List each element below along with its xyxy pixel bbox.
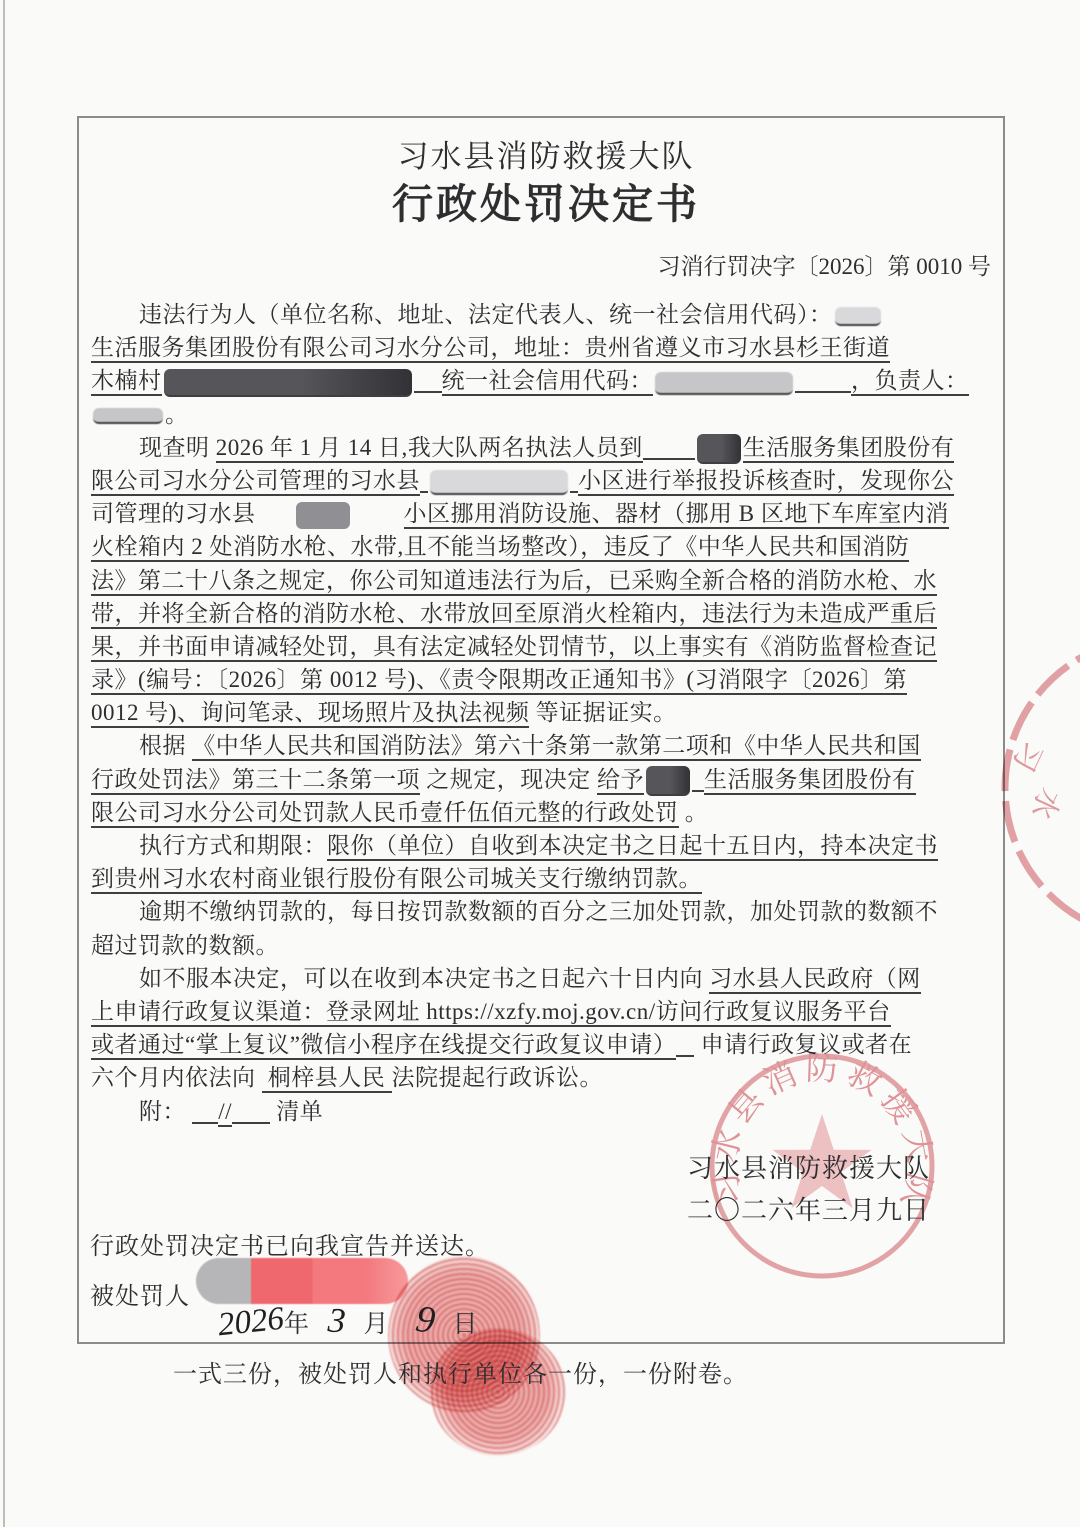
text-segment: 上申请行政复议渠道：登录网址 https://xzfy.moj.gov.cn/访… bbox=[91, 999, 891, 1027]
body-line: 根据 《中华人民共和国消防法》第六十条第一款第二项和《中华人民共和国 bbox=[91, 729, 1001, 762]
body-line: 上申请行政复议渠道：登录网址 https://xzfy.moj.gov.cn/访… bbox=[91, 995, 1001, 1028]
text-segment: 附： bbox=[139, 1099, 192, 1124]
body-line: 司管理的习水县小区挪用消防设施、器材（挪用 B 区地下车库室内消 bbox=[91, 497, 1001, 530]
body-line: 。 bbox=[91, 398, 1001, 431]
scan-edge-line bbox=[3, 0, 5, 1527]
body-line: 生活服务集团股份有限公司习水分公司，地址：贵州省遵义市习水县杉王街道 bbox=[91, 331, 1001, 364]
edge-partial-seal: 习 水 bbox=[985, 628, 1080, 948]
text-segment: 逾期不缴纳罚款的，每日按罚款数额的百分之三加处罚款，加处罚款的数额不 bbox=[139, 899, 938, 924]
body-line: 限公司习水分公司处罚款人民币壹仟伍佰元整的行政处罚 。 bbox=[91, 796, 1001, 829]
blank-underline-space bbox=[232, 1099, 270, 1124]
handwritten-month: 3 bbox=[327, 1300, 347, 1341]
text-segment: 录》(编号：〔2026〕第 0012 号)、《责令限期改正通知书》(习消限字〔2… bbox=[91, 667, 907, 695]
body-line: 行政处罚法》第三十二条第一项 之规定，现决定 给予生活服务集团股份有 bbox=[91, 763, 1001, 796]
text-segment: 。 bbox=[165, 402, 189, 427]
text-segment: 法院提起行政诉讼。 bbox=[392, 1065, 604, 1090]
text-segment: 《中华人民共和国消防法》第六十条第一款第二项和《中华人民共和国 bbox=[192, 733, 921, 761]
text-segment: ，负责人： bbox=[851, 368, 969, 396]
document-number: 习消行罚决字〔2026〕第 0010 号 bbox=[91, 252, 1001, 282]
text-segment: 限你（单位）自收到本决定书之日起十五日内，持本决定书 bbox=[327, 833, 938, 861]
body-line: 逾期不缴纳罚款的，每日按罚款数额的百分之三加处罚款，加处罚款的数额不 bbox=[91, 895, 1001, 928]
redaction-blur bbox=[655, 372, 793, 395]
body-line: 限公司习水分公司管理的习水县小区进行举报投诉核查时，发现你公 bbox=[91, 464, 1001, 497]
year-label: 年 bbox=[284, 1311, 310, 1338]
text-segment: 执行方式和期限： bbox=[139, 833, 327, 858]
text-segment: 果，并书面申请减轻处罚，具有法定减轻处罚情节，以上事实有《消防监督检查记 bbox=[91, 634, 937, 662]
text-segment: 或者通过“掌上复议”微信小程序在线提交行政复议申请） bbox=[91, 1032, 676, 1060]
redaction-blur bbox=[164, 369, 412, 397]
text-segment: 生活服务集团股份有 bbox=[704, 767, 916, 795]
body-line: 违法行为人（单位名称、地址、法定代表人、统一社会信用代码）： bbox=[91, 298, 1001, 331]
text-segment: 到贵州习水农村商业银行股份有限公司城关支行缴纳罚款。 bbox=[91, 866, 702, 894]
month-label: 月 bbox=[364, 1311, 390, 1338]
body-line: 执行方式和期限：限你（单位）自收到本决定书之日起十五日内，持本决定书 bbox=[91, 829, 1001, 862]
delivery-statement: 行政处罚决定书已向我宣告并送达。 bbox=[90, 1226, 490, 1261]
text-segment: 桐梓县人民 bbox=[262, 1065, 392, 1093]
text-segment: 司管理的习水县 bbox=[91, 501, 256, 526]
text-segment: 限公司习水分公司管理的习水县 bbox=[91, 468, 420, 496]
body-line: 木楠村统一社会信用代码：，负责人： bbox=[91, 364, 1001, 397]
blank-underline-space bbox=[352, 504, 404, 526]
text-segment: 给予 bbox=[597, 767, 644, 795]
blank-underline-space bbox=[795, 368, 851, 393]
signature-date: 二〇二六年三月九日 bbox=[687, 1190, 930, 1227]
redaction-blur bbox=[835, 307, 881, 326]
text-segment: 统一社会信用代码： bbox=[442, 368, 654, 396]
text-segment: 六个月内依法向 bbox=[91, 1065, 256, 1090]
text-segment: 小区进行举报投诉核查时，发现你公 bbox=[578, 468, 954, 496]
body-line: 带，并将全新合格的消防水枪、水带放回至原消火栓箱内，违法行为未造成严重后 bbox=[91, 597, 1001, 630]
text-segment: 清单 bbox=[270, 1099, 323, 1124]
body-line: 如不服本决定，可以在收到本决定书之日起六十日内向 习水县人民政府（网 bbox=[91, 962, 1001, 995]
redaction-blur bbox=[430, 470, 568, 495]
text-segment: 行政处罚法》第三十二条第一项 bbox=[91, 767, 420, 795]
text-segment: // bbox=[218, 1099, 232, 1127]
text-segment: 生活服务集团股份有 bbox=[743, 435, 955, 463]
body-line: 法》第二十八条之规定，你公司知道违法行为后，已采购全新合格的消防水枪、水 bbox=[91, 564, 1001, 597]
text-segment: 根据 bbox=[139, 733, 192, 758]
day-label: 日 bbox=[453, 1311, 479, 1338]
text-segment: 习水县人民政府（网 bbox=[709, 966, 921, 994]
redaction-blur bbox=[296, 502, 350, 529]
body-line: 果，并书面申请减轻处罚，具有法定减轻处罚情节，以上事实有《消防监督检查记 bbox=[91, 630, 1001, 663]
text-segment: 之规定，现决定 bbox=[420, 767, 597, 792]
text-segment: 限公司习水分公司处罚款人民币壹仟伍佰元整的行政处罚 bbox=[91, 800, 679, 828]
redaction-blur bbox=[697, 434, 741, 464]
issuing-authority: 习水县消防救援大队 bbox=[91, 138, 1001, 176]
blank-underline-space bbox=[570, 468, 578, 493]
body-line: 火栓箱内 2 处消防水枪、水带,且不能当场整改），违反了《中华人民共和国消防 bbox=[91, 530, 1001, 563]
text-segment: 小区挪用消防设施、器材（挪用 B 区地下车库室内消 bbox=[404, 501, 949, 529]
text-segment: 2026 年 1 月 14 日,我大队两名执法人员到 bbox=[216, 435, 643, 463]
signature-org: 习水县消防救援大队 bbox=[687, 1148, 930, 1185]
penalized-person-label: 被处罚人 bbox=[90, 1276, 190, 1311]
edge-seal-char-1: 习 bbox=[1006, 735, 1049, 776]
blank-underline-space bbox=[643, 435, 695, 460]
handwritten-year: 2026 bbox=[216, 1301, 286, 1345]
text-segment: 带，并将全新合格的消防水枪、水带放回至原消火栓箱内，违法行为未造成严重后 bbox=[91, 601, 937, 629]
text-segment: 木楠村 bbox=[91, 368, 162, 396]
blank-underline-space bbox=[692, 767, 704, 792]
text-segment: 现查明 bbox=[139, 435, 216, 460]
body-lines: 违法行为人（单位名称、地址、法定代表人、统一社会信用代码）：生活服务集团股份有限… bbox=[91, 298, 1001, 1128]
body-line: 到贵州习水农村商业银行股份有限公司城关支行缴纳罚款。 bbox=[91, 862, 1001, 895]
blank-underline-space bbox=[676, 1032, 694, 1057]
text-segment: 。 bbox=[679, 800, 709, 825]
text-segment: 法》第二十八条之规定，你公司知道违法行为后，已采购全新合格的消防水枪、水 bbox=[91, 568, 937, 596]
text-segment: 超过罚款的数额。 bbox=[91, 933, 279, 958]
scanned-document-page: 习水县消防救援大队 行政处罚决定书 习消行罚决字〔2026〕第 0010 号 违… bbox=[0, 0, 1080, 1527]
text-segment: 违法行为人（单位名称、地址、法定代表人、统一社会信用代码）： bbox=[139, 302, 833, 327]
body-line: 现查明 2026 年 1 月 14 日,我大队两名执法人员到生活服务集团股份有 bbox=[91, 431, 1001, 464]
blank-underline-space bbox=[192, 1099, 218, 1124]
copies-footer-note: 一式三份，被处罚人和执行单位各一份，一份附卷。 bbox=[173, 1354, 748, 1389]
redaction-blur bbox=[93, 408, 163, 424]
body-line: 超过罚款的数额。 bbox=[91, 929, 1001, 962]
document-title: 行政处罚决定书 bbox=[91, 178, 1001, 230]
blank-underline-space bbox=[420, 468, 428, 493]
body-line: 录》(编号：〔2026〕第 0012 号)、《责令限期改正通知书》(习消限字〔2… bbox=[91, 663, 1001, 696]
blank-underline-space bbox=[256, 504, 294, 526]
text-segment: 等证据证实。 bbox=[529, 700, 676, 725]
blank-underline-space bbox=[414, 368, 442, 393]
text-segment: 火栓箱内 2 处消防水枪、水带,且不能当场整改），违反了《中华人民共和国消防 bbox=[91, 534, 909, 562]
text-segment: 0012 号)、询问笔录、现场照片及执法视频 bbox=[91, 700, 529, 728]
redaction-blur bbox=[646, 766, 690, 796]
body-line: 0012 号)、询问笔录、现场照片及执法视频 等证据证实。 bbox=[91, 696, 1001, 729]
edge-seal-char-2: 水 bbox=[1024, 783, 1067, 824]
text-segment: 如不服本决定，可以在收到本决定书之日起六十日内向 bbox=[139, 966, 709, 991]
handwritten-date-line: 2026年3月9日 bbox=[218, 1298, 479, 1342]
handwritten-day: 9 bbox=[413, 1297, 438, 1343]
red-fingerprint-stamp-2 bbox=[430, 1328, 566, 1456]
text-segment: 生活服务集团股份有限公司习水分公司，地址：贵州省遵义市习水县杉王街道 bbox=[91, 335, 890, 363]
blank-underline-space bbox=[256, 1068, 262, 1090]
